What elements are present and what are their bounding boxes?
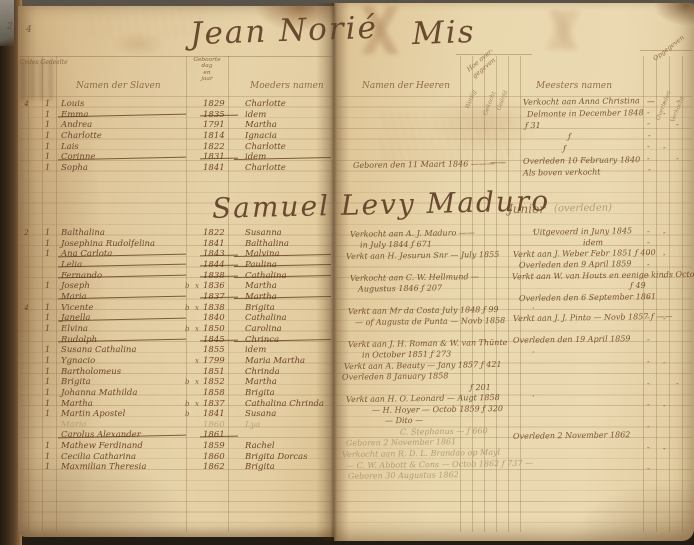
register-row: 4 1 Louis 1829 Charlotte [22, 99, 330, 110]
mother-name: Chrinca [237, 335, 330, 346]
header-masters-names: Meesters namen [536, 81, 612, 91]
ink-bleed-smudge [478, 10, 648, 50]
handwritten-note: Verkocht aan Anna Christina [523, 96, 640, 107]
slave-name: Lelia [61, 260, 185, 271]
register-row: Maria 1860 Lya [22, 420, 330, 431]
handwritten-note: Augustus 1846 ƒ 207 [358, 283, 442, 293]
mother-name: Martha [237, 120, 330, 131]
birth-year: 1840 [203, 313, 237, 324]
slave-name: Martin Apostel [61, 409, 185, 420]
register-row: 1 Susana Cathalina 1855 idem [22, 345, 330, 356]
birth-year: 1814 [203, 131, 237, 142]
mother-name: Martha [237, 292, 330, 303]
birth-year: 1858 [203, 388, 237, 399]
count-mark: 1 [40, 409, 61, 420]
slave-name: Maria [61, 420, 185, 431]
count-mark: 1 [40, 399, 61, 410]
slave-name: Corinne [61, 152, 185, 163]
handwritten-note: in October 1851 ƒ 273 [362, 349, 451, 359]
mother-name: Maria Martha [237, 356, 330, 367]
handwritten-note: ƒ 201 [470, 383, 491, 392]
register-row: Fernando 1838 Cathalina [22, 271, 330, 282]
mother-name: Ignacia [237, 131, 330, 142]
register-row: Carolus Alexander 1861 [22, 430, 330, 441]
dash-mark: - [647, 293, 650, 302]
check-letter: b [185, 409, 195, 420]
check-letter: b [185, 281, 195, 292]
count-mark: 1 [40, 452, 61, 463]
birth-year: 1852 [203, 377, 237, 388]
owner-heading-pencil-note: (overleden) [554, 203, 612, 215]
register-rows-maduro: 2 1 Balthalina 1822 Susanna 1 Josephina … [22, 228, 330, 473]
dash-mark: - [647, 400, 650, 409]
header-slave-names: Namen der Slaven [76, 81, 161, 91]
handwritten-note: ƒ 49 [630, 281, 646, 290]
dash-mark: - [647, 335, 650, 344]
slave-name: Charlotte [61, 131, 185, 142]
handwritten-note: Geboren 30 Augustus 1862 [348, 470, 459, 481]
birth-year: 1822 [203, 142, 237, 153]
birth-year: 1829 [203, 99, 237, 110]
count-mark: 1 [40, 110, 61, 121]
mother-name: Chrinda [237, 367, 330, 378]
slave-name: Emma [61, 110, 185, 121]
count-mark: 1 [40, 441, 61, 452]
mother-name: Brigita Dorcas [237, 452, 330, 463]
scanned-slave-register-spread: 2 4 Jean Norié Mis Samuel Levy Maduro Ju… [0, 0, 694, 545]
slave-name: Bartholomeus [61, 367, 185, 378]
birth-year: 1837 [203, 292, 237, 303]
dash-mark: · [532, 348, 535, 357]
dash-mark: - [647, 271, 650, 280]
count-mark: 1 [40, 163, 61, 174]
handwritten-note: Overleden 8 January 1858 [342, 371, 449, 381]
mother-name: idem [237, 152, 330, 163]
slave-name: Johanna Mathilda [61, 388, 185, 399]
slave-name: Josephina Rudolfelina [61, 239, 185, 250]
slave-name: Ana Carlota [61, 249, 185, 260]
birth-year: 1835 [203, 110, 237, 121]
register-row: 1 Joseph b x 1836 Martha [22, 281, 330, 292]
handwritten-note: Overleden 10 February 1840 [523, 155, 640, 166]
slave-name: Balthalina [61, 228, 185, 239]
dash-mark: - [647, 464, 650, 473]
dash-mark: - [647, 142, 650, 151]
register-row: 1 Emma 1835 idem [22, 110, 330, 121]
slave-name: Joseph [61, 281, 185, 292]
dash-mark: · [532, 249, 535, 258]
count-mark: 1 [40, 152, 61, 163]
dash-mark: - [663, 358, 666, 367]
dash-mark: - [647, 260, 650, 269]
margin-mark: 4 [22, 303, 40, 314]
slave-name: Louis [61, 99, 185, 110]
slave-name: Janella [61, 313, 185, 324]
dash-mark: - [647, 108, 650, 117]
mother-name: Susanna [237, 228, 330, 239]
count-mark: 1 [40, 356, 61, 367]
dash-mark: - [663, 401, 666, 410]
dash-mark: - [663, 444, 666, 453]
x-mark: x [195, 377, 203, 388]
handwritten-note: Overleden den 6 September 1861 [519, 292, 656, 303]
dash-mark: — [647, 97, 655, 106]
register-row: 1 Lais 1822 Charlotte [22, 142, 330, 153]
handwritten-note: ƒ [568, 132, 571, 141]
slave-name: Ygnacio [61, 356, 185, 367]
birth-year: 1841 [203, 239, 237, 250]
birth-year: 1855 [203, 345, 237, 356]
count-mark: 1 [40, 99, 61, 110]
count-mark: 1 [40, 462, 61, 473]
count-mark: 1 [40, 239, 61, 250]
register-row: 1 Martha b x 1837 Cathalina Chrinda [22, 399, 330, 410]
mother-name: Cathalina [237, 271, 330, 282]
birth-year: 1850 [203, 324, 237, 335]
folio-number: 4 [26, 25, 32, 35]
register-row: Lelia 1844 Paulina [22, 260, 330, 271]
dash-mark: - [647, 119, 650, 128]
count-mark: 1 [40, 281, 61, 292]
header-right-names: Namen der Heeren [362, 81, 450, 91]
dash-mark: - [647, 227, 650, 236]
birth-year: 1844 [203, 260, 237, 271]
mother-name: Brigita [237, 388, 330, 399]
column-line [656, 56, 657, 532]
handwritten-note: — Dito — [385, 416, 423, 426]
handwritten-note: ƒ 31 [525, 121, 541, 130]
check-letter: b [185, 324, 195, 335]
count-mark: 1 [40, 388, 61, 399]
check-letter: b [185, 303, 195, 314]
mother-name: Susana [237, 409, 330, 420]
x-mark: x [195, 356, 203, 367]
handwritten-note: Verkocht aan C. W. Hellmund — [350, 272, 479, 283]
birth-year: 1861 [203, 430, 237, 441]
slave-name: Elvina [61, 324, 185, 335]
dash-mark: - [648, 131, 651, 140]
dash-mark: - [663, 98, 666, 107]
owner-heading-mis: Mis [411, 14, 476, 52]
dash-mark: - [663, 272, 666, 281]
handwritten-note: Verkocht aan A. J. Maduro —— [350, 228, 475, 239]
birth-year: 1837 [203, 399, 237, 410]
birth-year: 1860 [203, 420, 237, 431]
register-row: 1 Bartholomeus 1851 Chrinda [22, 367, 330, 378]
dash-mark: - [663, 228, 666, 237]
birth-year: 1851 [203, 367, 237, 378]
register-row: 1 Elvina b x 1850 Carolina [22, 324, 330, 335]
count-mark: 1 [40, 345, 61, 356]
register-row: 4 1 Vicente b x 1838 Brigita [22, 303, 330, 314]
mother-name: idem [237, 345, 330, 356]
check-letter: b [185, 399, 195, 410]
dash-mark: —— [490, 158, 506, 167]
handwritten-note: ƒ [563, 144, 566, 153]
birth-year: 1838 [203, 303, 237, 314]
handwritten-note: Overleden den 9 April 1859 [519, 259, 632, 270]
handwritten-note: idem [583, 238, 603, 247]
dash-mark: - [647, 443, 650, 452]
handwritten-note: Uitgevoerd in Juny 1845 [533, 226, 632, 236]
count-mark: 1 [40, 324, 61, 335]
dash-mark: · [532, 227, 535, 236]
handwritten-note: C. Stephanus — ƒ 660 [400, 426, 488, 436]
dash-mark: - [647, 238, 650, 247]
mother-name: Cathalina [237, 313, 330, 324]
count-mark: 1 [40, 367, 61, 378]
birth-year: 1799 [203, 356, 237, 367]
column-line [669, 56, 670, 532]
owner-heading-suffix: Junior [508, 202, 545, 216]
slave-name: Mathew Ferdinand [61, 441, 185, 452]
dash-mark: - [676, 97, 679, 106]
mother-name: Lya [237, 420, 330, 431]
birth-year: 1791 [203, 120, 237, 131]
header-birth-year-line: jaar [188, 76, 226, 82]
margin-mark: 4 [22, 99, 40, 110]
mother-name: Brigita [237, 303, 330, 314]
handwritten-note: in July 1844 ƒ 671 [360, 239, 432, 249]
mother-name: Malvina [237, 249, 330, 260]
register-row: 1 Charlotte 1814 Ignacia [22, 131, 330, 142]
ink-bleed-smudge [84, 10, 204, 38]
register-rows-jean-norie: 4 1 Louis 1829 Charlotte 1 Emma 1835 ide… [22, 99, 330, 174]
register-row: 1 Maxmilian Theresia 1862 Brigita [22, 462, 330, 473]
birth-year: 1841 [203, 409, 237, 420]
birth-year: 1841 [203, 163, 237, 174]
owner-heading-jean: Jean Norié [189, 10, 378, 53]
birth-year: 1843 [203, 249, 237, 260]
mother-name: Charlotte [237, 142, 330, 153]
slave-name: Andrea [61, 120, 185, 131]
mother-name: Martha [237, 377, 330, 388]
slave-name: Carolus Alexander [61, 430, 185, 441]
register-row: 1 Mathew Ferdinand 1859 Rachel [22, 441, 330, 452]
count-mark: 1 [40, 120, 61, 131]
mother-name: idem [237, 110, 330, 121]
count-mark: 1 [40, 377, 61, 388]
mother-name: Brigita [237, 462, 330, 473]
handwritten-note: Overleden den 19 April 1859 [513, 334, 631, 345]
x-mark: x [195, 399, 203, 410]
slave-name: Martha [61, 399, 185, 410]
header-birth-year: Geboortedagenjaar [188, 57, 226, 83]
count-mark: 1 [40, 131, 61, 142]
birth-year: 1859 [203, 441, 237, 452]
header-margin-cols: Cedes Gedeelte [20, 59, 68, 66]
x-mark: x [195, 303, 203, 314]
folio-number: 2 [7, 22, 13, 32]
handwritten-note: Geboren 2 November 1861 [346, 437, 456, 448]
dash-mark: · [532, 304, 535, 313]
count-mark: 1 [40, 249, 61, 260]
slave-name: Lais [61, 142, 185, 153]
dash-mark: - [663, 109, 666, 118]
slave-name: Susana Cathalina [61, 345, 185, 356]
register-row: 1 Ygnacio x 1799 Maria Martha [22, 356, 330, 367]
dash-mark: - [647, 154, 650, 163]
slave-name: Rudolph [61, 335, 185, 346]
mother-name: Charlotte [237, 99, 330, 110]
header-mother-names: Moeders namen [250, 81, 324, 91]
slave-name: Cecilia Catharina [61, 452, 185, 463]
header-rule [20, 56, 332, 57]
register-row: 1 Martin Apostel b 1841 Susana [22, 409, 330, 420]
margin-mark: 2 [22, 228, 40, 239]
register-row: 1 Cecilia Catharina 1860 Brigita Dorcas [22, 452, 330, 463]
count-mark: 1 [40, 228, 61, 239]
slave-name: Brigita [61, 377, 185, 388]
count-mark: 1 [40, 142, 61, 153]
register-row: 1 Brigita b x 1852 Martha [22, 377, 330, 388]
dash-mark: - [647, 379, 650, 388]
birth-year: 1845 [203, 335, 237, 346]
header-rule [456, 54, 532, 55]
slave-name: Vicente [61, 303, 185, 314]
dash-mark: - [676, 154, 679, 163]
dash-mark: - [647, 249, 650, 258]
count-mark: 1 [40, 313, 61, 324]
dash-mark: - [647, 357, 650, 366]
register-row: 1 Josephina Rudolfelina 1841 Balthalina [22, 239, 330, 250]
mother-name: Paulina [237, 260, 330, 271]
handwritten-note: Overleden 2 November 1862 [513, 430, 630, 441]
birth-year: 1860 [203, 452, 237, 463]
mother-name: Charlotte [237, 163, 330, 174]
dash-mark: - [647, 422, 650, 431]
slave-name: Maxmilian Theresia [61, 462, 185, 473]
dash-mark: - [676, 120, 679, 129]
dash-mark: - [663, 143, 666, 152]
column-line [682, 56, 683, 532]
register-row: 1 Ana Carlota 1843 Malvina [22, 249, 330, 260]
register-row: 1 Janella 1840 Cathalina [22, 313, 330, 324]
handwritten-note: Delmonte in December 1848 [527, 108, 644, 119]
dash-mark: - [648, 165, 651, 174]
dash-mark: - [663, 314, 666, 323]
dash-mark: - [676, 379, 679, 388]
register-row: 1 Johanna Mathilda 1858 Brigita [22, 388, 330, 399]
dash-mark: - [647, 313, 650, 322]
dash-mark: - [663, 250, 666, 259]
birth-year: 1836 [203, 281, 237, 292]
x-mark: x [195, 281, 203, 292]
x-mark: x [195, 324, 203, 335]
register-row: Rudolph 1845 Chrinca [22, 335, 330, 346]
slave-name: Fernando [61, 271, 185, 282]
handwritten-note: — H. Hoyer — Octob 1859 ƒ 320 [372, 404, 503, 415]
birth-year: 1831 [203, 152, 237, 163]
birth-year: 1838 [203, 271, 237, 282]
birth-year: 1822 [203, 228, 237, 239]
register-row: 2 1 Balthalina 1822 Susanna [22, 228, 330, 239]
register-row: 1 Sopha 1841 Charlotte [22, 163, 330, 174]
count-mark: 1 [40, 303, 61, 314]
slave-name: Sopha [61, 163, 185, 174]
register-row: Maria 1837 Martha [22, 292, 330, 303]
mother-name: Rachel [237, 441, 330, 452]
mother-name: Cathalina Chrinda [237, 399, 330, 410]
mother-name: Balthalina [237, 239, 330, 250]
dash-mark: · [532, 392, 535, 401]
birth-year: 1862 [203, 462, 237, 473]
mother-name: Carolina [237, 324, 330, 335]
register-row: 1 Corinne 1831 idem [22, 152, 330, 163]
slave-name: Maria [61, 292, 185, 303]
handwritten-note: Als boven verkocht [523, 167, 601, 177]
mother-name: Martha [237, 281, 330, 292]
check-letter: b [185, 377, 195, 388]
dash-mark: · [532, 271, 535, 280]
register-row: 1 Andrea 1791 Martha [22, 120, 330, 131]
